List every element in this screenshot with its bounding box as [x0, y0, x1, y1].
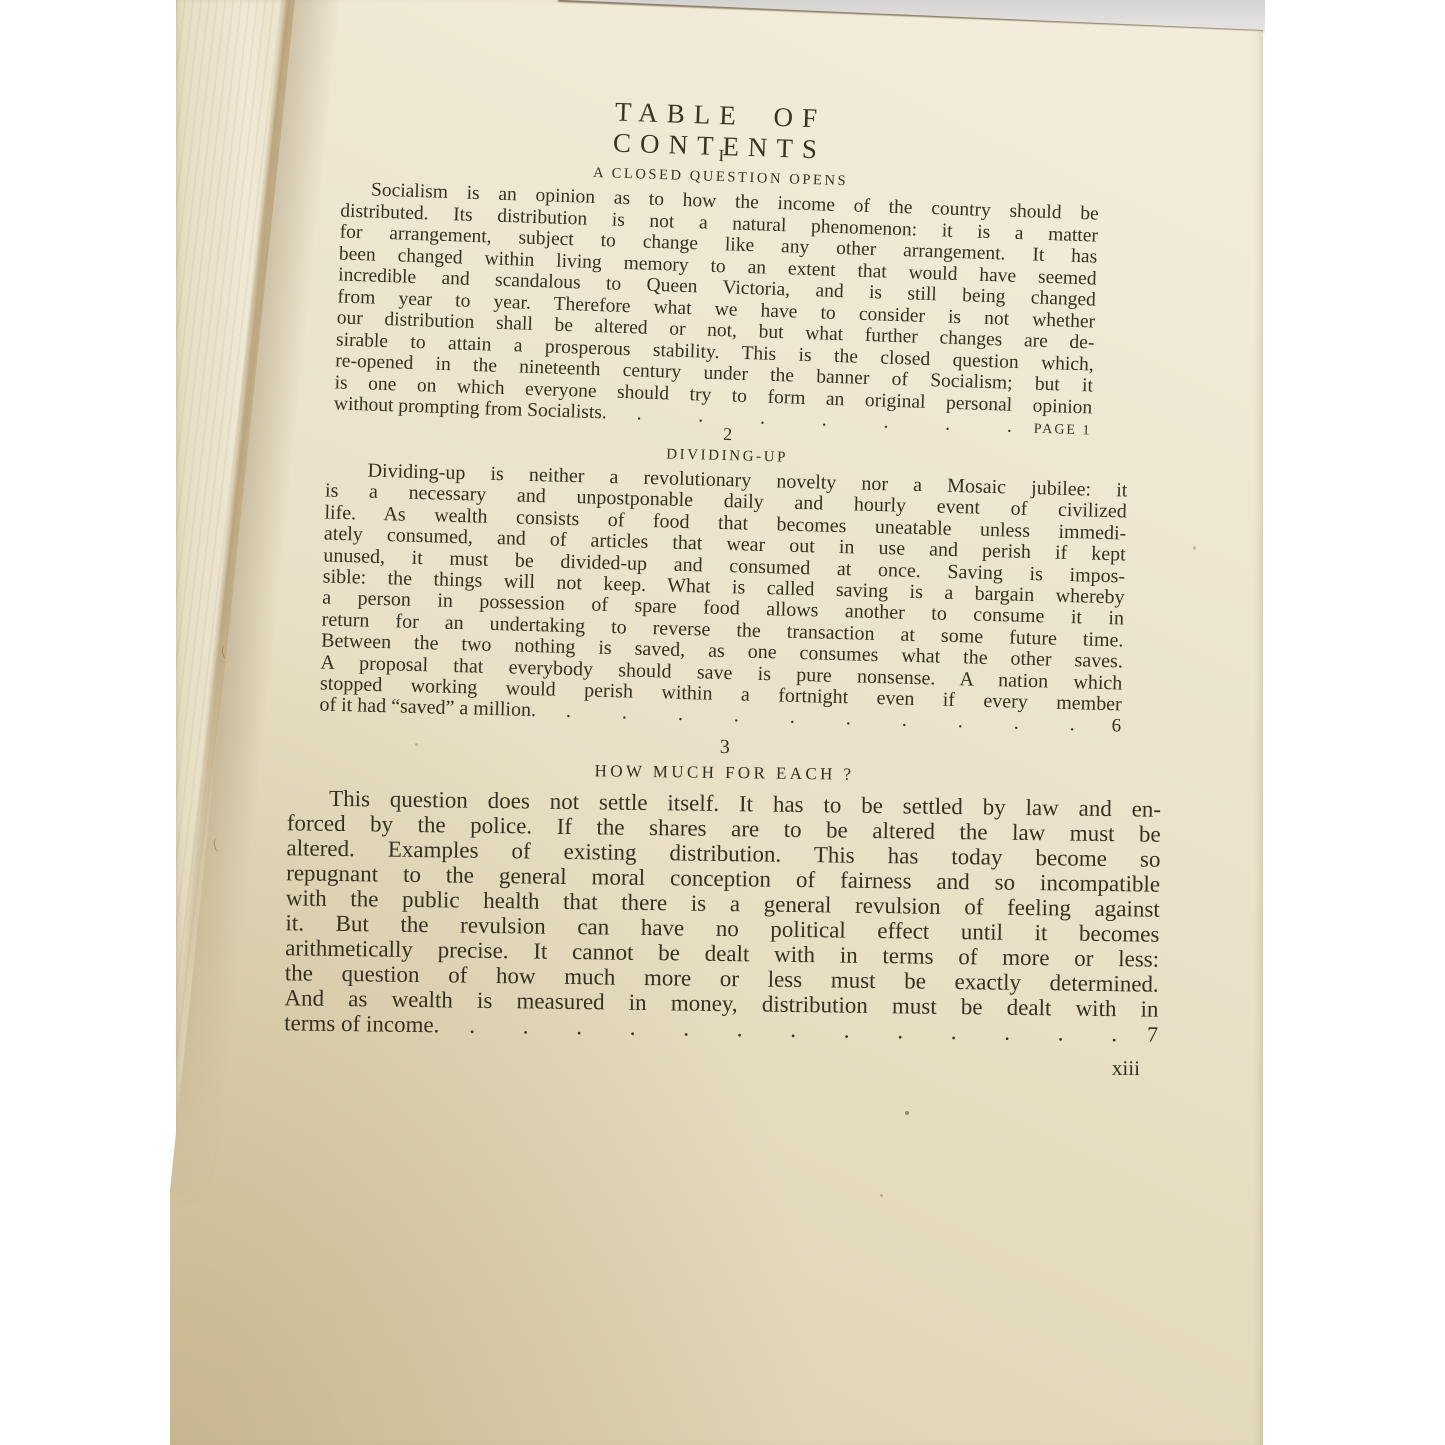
paper-speck	[880, 1194, 883, 1197]
section-summary: This question does not settle itself. It…	[284, 785, 1161, 1021]
folio-page-number: xiii	[1096, 1056, 1156, 1082]
paper-speck	[1193, 546, 1196, 550]
toc-section-1: I A CLOSED QUESTION OPENS Socialism is a…	[334, 134, 1101, 442]
book-photo: TABLE OF CONTENTS I A CLOSED QUESTION OP…	[0, 0, 1445, 1445]
last-line-text: terms of income.	[284, 1010, 440, 1037]
paper-speck	[905, 1111, 909, 1115]
toc-section-3: 3 HOW MUCH FOR EACH ? This question does…	[284, 730, 1162, 1046]
page-ref: 7	[1147, 1022, 1158, 1047]
page-ref: 6	[1111, 716, 1121, 738]
toc-section-2: 2 DIVIDING-UP Dividing-up is neither a r…	[319, 414, 1129, 738]
section-summary: Socialism is an opinion as to how the in…	[334, 178, 1099, 418]
section-summary: Dividing-up is neither a revolutionary n…	[320, 460, 1128, 716]
